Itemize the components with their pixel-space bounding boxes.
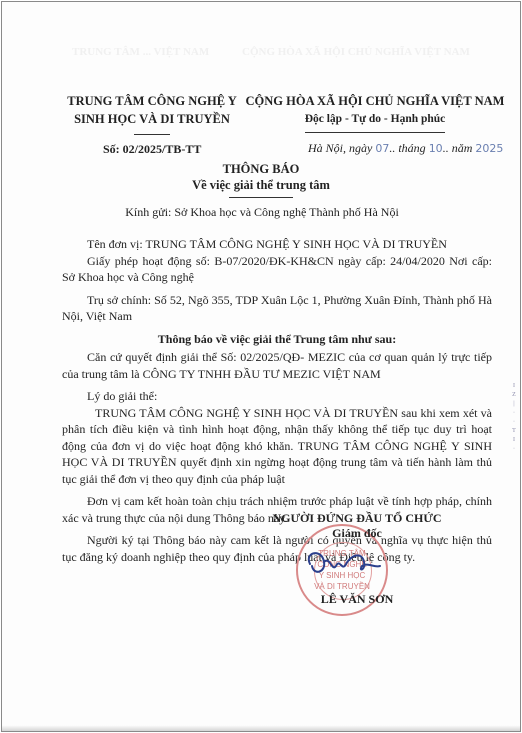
- page-edge-shadow: [2, 725, 520, 731]
- recipient: Kính gửi: Sở Khoa học và Công nghệ Thành…: [62, 204, 462, 221]
- document-page: TRUNG TÂM ... VIỆT NAM CỘNG HÒA XÃ HỘI C…: [1, 1, 521, 732]
- section-heading: Thông báo về việc giải thể Trung tâm như…: [62, 331, 492, 348]
- date-year-label: .. năm: [443, 141, 476, 155]
- signer-position: Giám đốc: [242, 526, 472, 541]
- divider: [305, 132, 445, 133]
- bleed-through-text: TRUNG TÂM ... VIỆT NAM: [72, 46, 209, 58]
- national-header: CỘNG HÒA XÃ HỘI CHỦ NGHĨA VIỆT NAM Độc l…: [234, 92, 516, 133]
- title-main: THÔNG BÁO: [2, 161, 520, 177]
- document-title: THÔNG BÁO Về việc giải thể trung tâm: [2, 161, 520, 198]
- stamp-line: VÀ DI TRUYỀN: [298, 581, 386, 592]
- national-motto: Độc lập - Tự do - Hạnh phúc: [234, 110, 516, 128]
- margin-marks: IZ|··TI·: [509, 382, 519, 454]
- issuing-organization: TRUNG TÂM CÔNG NGHỆ Y SINH HỌC VÀ DI TRU…: [52, 92, 252, 135]
- date-day: 07: [375, 142, 389, 155]
- nation-name: CỘNG HÒA XÃ HỘI CHỦ NGHĨA VIỆT NAM: [234, 92, 516, 110]
- document-number: Số: 02/2025/TB-TT: [103, 142, 201, 157]
- signer-name: LÊ VĂN SƠN: [242, 592, 472, 607]
- license-info: Giấy phép hoạt động số: B-07/2020/ĐK-KH&…: [62, 253, 492, 286]
- date-month-label: .. tháng: [389, 141, 428, 155]
- signer-role: NGƯỜI ĐỨNG ĐẦU TỔ CHỨC: [242, 511, 472, 526]
- date-month: 10: [429, 142, 443, 155]
- address: Trụ sở chính: Số 52, Ngõ 355, TDP Xuân L…: [62, 292, 492, 325]
- document-date: Hà Nội, ngày 07.. tháng 10.. năm 2025: [308, 141, 503, 156]
- reason-label: Lý do giải thể:: [62, 388, 492, 405]
- date-year: 2025: [475, 142, 503, 155]
- unit-name: Tên đơn vị: TRUNG TÂM CÔNG NGHỆ Y SINH H…: [62, 236, 492, 253]
- legal-basis: Căn cứ quyết định giải thể Số: 02/2025/Q…: [62, 349, 492, 382]
- org-name-line1: TRUNG TÂM CÔNG NGHỆ Y: [52, 92, 252, 110]
- divider: [229, 197, 293, 198]
- handwritten-signature: [302, 542, 382, 582]
- date-prefix: Hà Nội, ngày: [308, 141, 375, 155]
- title-subtitle: Về việc giải thể trung tâm: [2, 177, 520, 193]
- org-name-line2: SINH HỌC VÀ DI TRUYỀN: [52, 110, 252, 128]
- reason-text: TRUNG TÂM CÔNG NGHỆ Y SINH HỌC VÀ DI TRU…: [62, 405, 492, 488]
- divider: [134, 134, 170, 135]
- bleed-through-text: CỘNG HÒA XÃ HỘI CHỦ NGHĨA VIỆT NAM: [242, 46, 470, 58]
